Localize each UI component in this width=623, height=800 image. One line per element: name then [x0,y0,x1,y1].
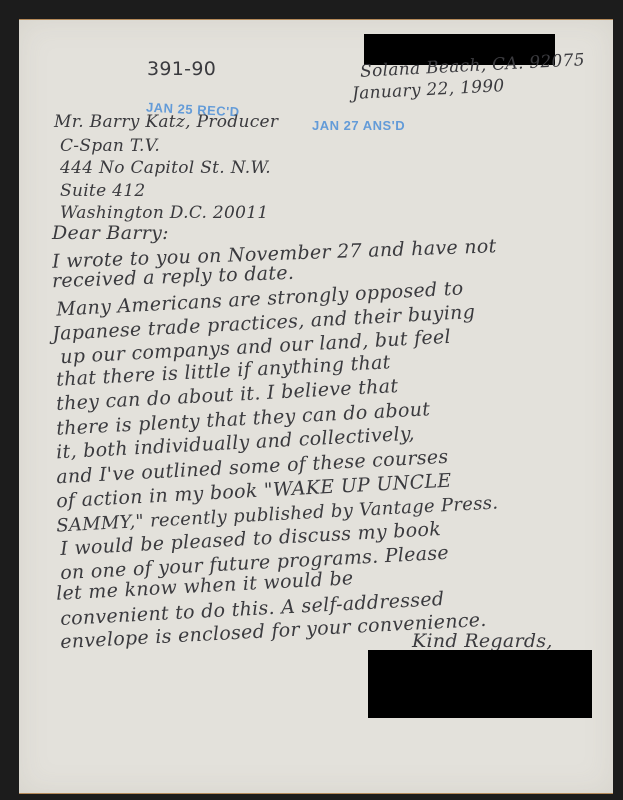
recipient-org: C-Span T.V. [60,136,160,156]
file-number: 391-90 [147,58,216,80]
recipient-city: Washington D.C. 20011 [60,203,269,223]
recipient-name: Mr. Barry Katz, Producer [54,112,278,132]
closing: Kind Regards, [412,630,553,652]
redacted-signature [368,650,592,718]
salutation: Dear Barry: [52,222,169,244]
recipient-street: 444 No Capitol St. N.W. [60,158,271,178]
answered-stamp: JAN 27 ANS'D [312,118,405,133]
recipient-suite: Suite 412 [60,181,145,201]
